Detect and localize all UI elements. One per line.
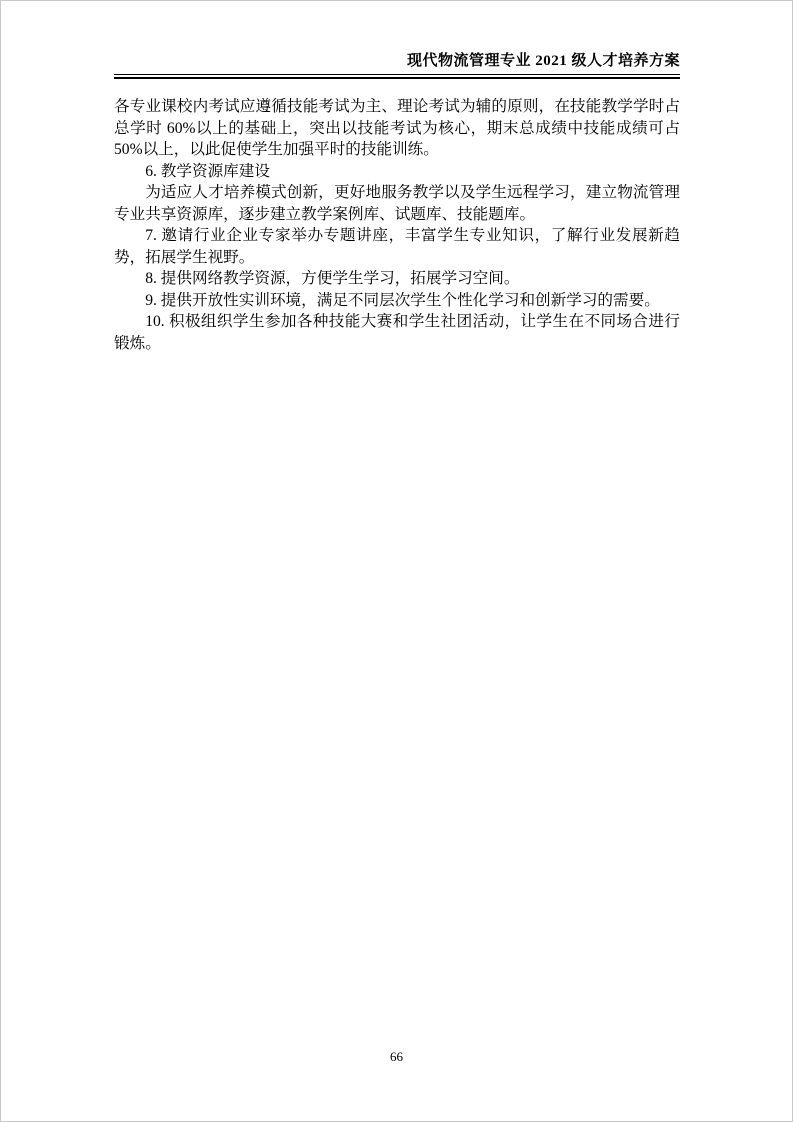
paragraph-item-10: 10. 积极组织学生参加各种技能大赛和学生社团活动，让学生在不同场合进行锻炼。: [114, 311, 680, 354]
header-double-rule: [114, 74, 680, 79]
page-content: 现代物流管理专业 2021 级人才培养方案 各专业课校内考试应遵循技能考试为主、…: [114, 51, 680, 354]
paragraph-resource-library: 为适应人才培养模式创新，更好地服务教学以及学生远程学习，建立物流管理专业共享资源…: [114, 182, 680, 225]
page-header-title: 现代物流管理专业 2021 级人才培养方案: [114, 51, 680, 71]
paragraph-item-9: 9. 提供开放性实训环境，满足不同层次学生个性化学习和创新学习的需要。: [114, 290, 680, 312]
paragraph-item-7: 7. 邀请行业企业专家举办专题讲座，丰富学生专业知识，了解行业发展新趋势，拓展学…: [114, 225, 680, 268]
paragraph-item-6-heading: 6. 教学资源库建设: [114, 161, 680, 183]
document-page: 现代物流管理专业 2021 级人才培养方案 各专业课校内考试应遵循技能考试为主、…: [0, 0, 793, 1122]
paragraph-exam-principle: 各专业课校内考试应遵循技能考试为主、理论考试为辅的原则，在技能教学学时占总学时 …: [114, 96, 680, 161]
paragraph-item-8: 8. 提供网络教学资源，方便学生学习，拓展学习空间。: [114, 268, 680, 290]
body-text: 各专业课校内考试应遵循技能考试为主、理论考试为辅的原则，在技能教学学时占总学时 …: [114, 96, 680, 354]
page-number: 66: [1, 1049, 792, 1065]
